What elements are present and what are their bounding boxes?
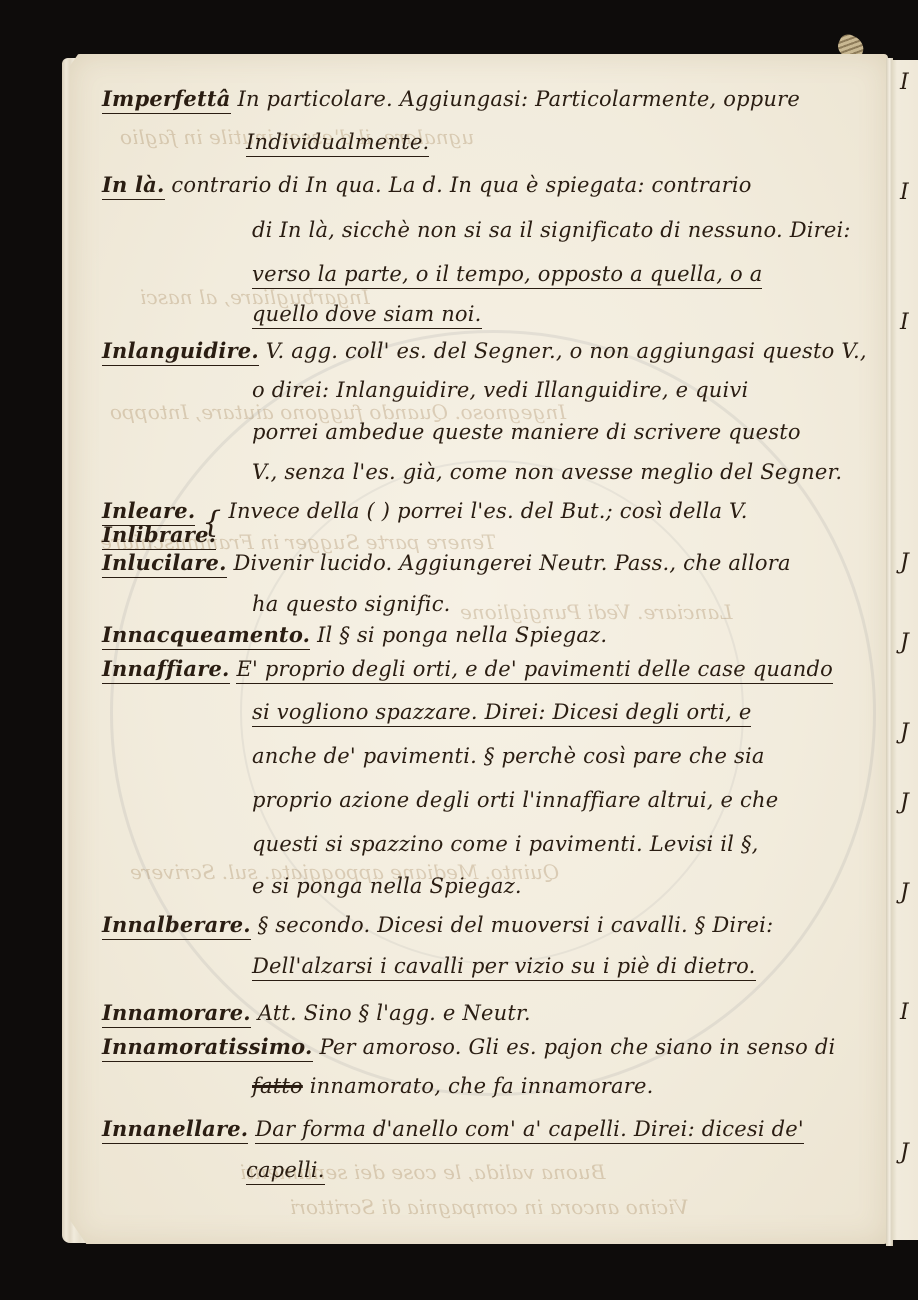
entry-text: contrario di In qua. La d. In qua è spie… [171, 173, 751, 197]
entry-lemma: Inlucilare. [102, 550, 227, 578]
entry-text: V. agg. coll' es. del Segner., o non agg… [266, 339, 867, 363]
entry-innacqueamento: Innacqueamento. Il § si ponga nella Spie… [102, 622, 607, 647]
entry-continuation: e si ponga nella Spiegaz. [252, 874, 522, 898]
entry-innanellare: Innanellare. Dar forma d'anello com' a' … [102, 1116, 804, 1141]
entry-lemma: Innamoratissimo. [102, 1034, 313, 1062]
entry-text: capelli. [246, 1158, 325, 1185]
entry-lemma: Innamorare. [102, 1000, 251, 1028]
entry-imperfetta: Imperfettâ In particolare. Aggiungasi: P… [102, 86, 800, 111]
entry-in-la: In là. contrario di In qua. La d. In qua… [102, 172, 752, 197]
entry-continuation: verso la parte, o il tempo, opposto a qu… [252, 262, 762, 286]
entry-continuation: porrei ambedue queste maniere di scriver… [252, 420, 801, 444]
entry-text: Dar forma d'anello com' a' capelli. Dire… [255, 1117, 804, 1144]
entry-text: In particolare. Aggiungasi: Particolarme… [237, 87, 800, 111]
entry-text: V., senza l'es. già, come non avesse meg… [252, 460, 842, 484]
entry-text: di In là, sicchè non si sa il significat… [252, 218, 851, 242]
facing-page-letter: I [900, 1000, 909, 1025]
entry-text: anche de' pavimenti. § perchè così pare … [252, 744, 765, 768]
facing-page-letter: I [900, 310, 909, 335]
entry-text: Divenir lucido. Aggiungerei Neutr. Pass.… [234, 551, 791, 575]
entry-lemma: Innanellare. [102, 1116, 248, 1144]
entry-text: Invece della ( ) porrei l'es. del But.; … [228, 499, 747, 523]
entry-text: proprio azione degli orti l'innaffiare a… [252, 788, 778, 812]
entry-text: si vogliono spazzare. Direi: Dicesi degl… [252, 700, 751, 727]
entry-inlibrare: Inlibrare. [102, 522, 216, 547]
entry-lemma: Innalberare. [102, 912, 251, 940]
entry-continuation: anche de' pavimenti. § perchè così pare … [252, 744, 765, 768]
entry-innalberare: Innalberare. § secondo. Dicesi del muove… [102, 912, 773, 937]
entry-text: Individualmente. [246, 130, 429, 157]
entry-continuation: o direi: Inlanguidire, vedi Illanguidire… [252, 378, 748, 402]
facing-page-letter: J [900, 720, 909, 745]
entry-innamorare: Innamorare. Att. Sino § l'agg. e Neutr. [102, 1000, 531, 1025]
facing-page-letter: I [900, 180, 909, 205]
facing-page-letter: J [900, 880, 909, 905]
entry-continuation: V., senza l'es. già, come non avesse meg… [252, 460, 842, 484]
struck-word: fatto [252, 1074, 303, 1098]
entry-lemma: Inlibrare. [102, 522, 216, 550]
entry-text: Per amoroso. Gli es. pajon che siano in … [319, 1035, 835, 1059]
facing-page-letter: J [900, 550, 909, 575]
entry-text: E' proprio degli orti, e de' pavimenti d… [236, 657, 833, 684]
entry-continuation: Individualmente. [246, 130, 429, 154]
entry-text: ha questo signific. [252, 592, 451, 616]
entry-continuation: fatto innamorato, che fa innamorare. [252, 1074, 653, 1098]
entry-lemma: Innaffiare. [102, 656, 230, 684]
entry-continuation: quello dove siam noi. [252, 302, 482, 326]
entry-text: quello dove siam noi. [252, 302, 482, 329]
entry-continuation: ha questo signific. [252, 592, 451, 616]
entry-text: porrei ambedue queste maniere di scriver… [252, 420, 801, 444]
entry-innaffiare: Innaffiare. E' proprio degli orti, e de'… [102, 656, 833, 681]
facing-page-letter: J [900, 790, 909, 815]
entry-text: Att. Sino § l'agg. e Neutr. [258, 1001, 531, 1025]
facing-page-letter: I [900, 70, 909, 95]
entry-continuation: di In là, sicchè non si sa il significat… [252, 218, 851, 242]
entry-lemma: Inlanguidire. [102, 338, 259, 366]
entry-text: innamorato, che fa innamorare. [310, 1074, 654, 1098]
entry-text: § secondo. Dicesi del muoversi i cavalli… [258, 913, 774, 937]
entry-inlanguidire: Inlanguidire. V. agg. coll' es. del Segn… [102, 338, 867, 363]
entry-inleare: Inleare. { Invece della ( ) porrei l'es.… [102, 498, 748, 523]
entry-lemma: Imperfettâ [102, 86, 231, 114]
facing-page-letter: J [900, 630, 909, 655]
facing-page-letter: J [900, 1140, 909, 1165]
entry-lemma: In là. [102, 172, 165, 200]
entry-text: Dell'alzarsi i cavalli per vizio su i pi… [252, 954, 756, 981]
entry-continuation: questi si spazzino come i pavimenti. Lev… [252, 832, 759, 856]
entry-text: o direi: Inlanguidire, vedi Illanguidire… [252, 378, 748, 402]
entry-lemma: Innacqueamento. [102, 622, 310, 650]
entry-text: e si ponga nella Spiegaz. [252, 874, 522, 898]
entry-continuation: Dell'alzarsi i cavalli per vizio su i pi… [252, 954, 756, 978]
entry-continuation: capelli. [246, 1158, 325, 1182]
entry-continuation: proprio azione degli orti l'innaffiare a… [252, 788, 778, 812]
entry-inlucilare: Inlucilare. Divenir lucido. Aggiungerei … [102, 550, 791, 575]
entry-text: Il § si ponga nella Spiegaz. [317, 623, 607, 647]
scanned-manuscript: ugnalare, il d'esser inutile in faglio I… [0, 0, 918, 1300]
entry-text: verso la parte, o il tempo, opposto a qu… [252, 262, 762, 289]
entry-text: questi si spazzino come i pavimenti. Lev… [252, 832, 759, 856]
entry-innamoratissimo: Innamoratissimo. Per amoroso. Gli es. pa… [102, 1034, 835, 1059]
entry-continuation: si vogliono spazzare. Direi: Dicesi degl… [252, 700, 751, 724]
